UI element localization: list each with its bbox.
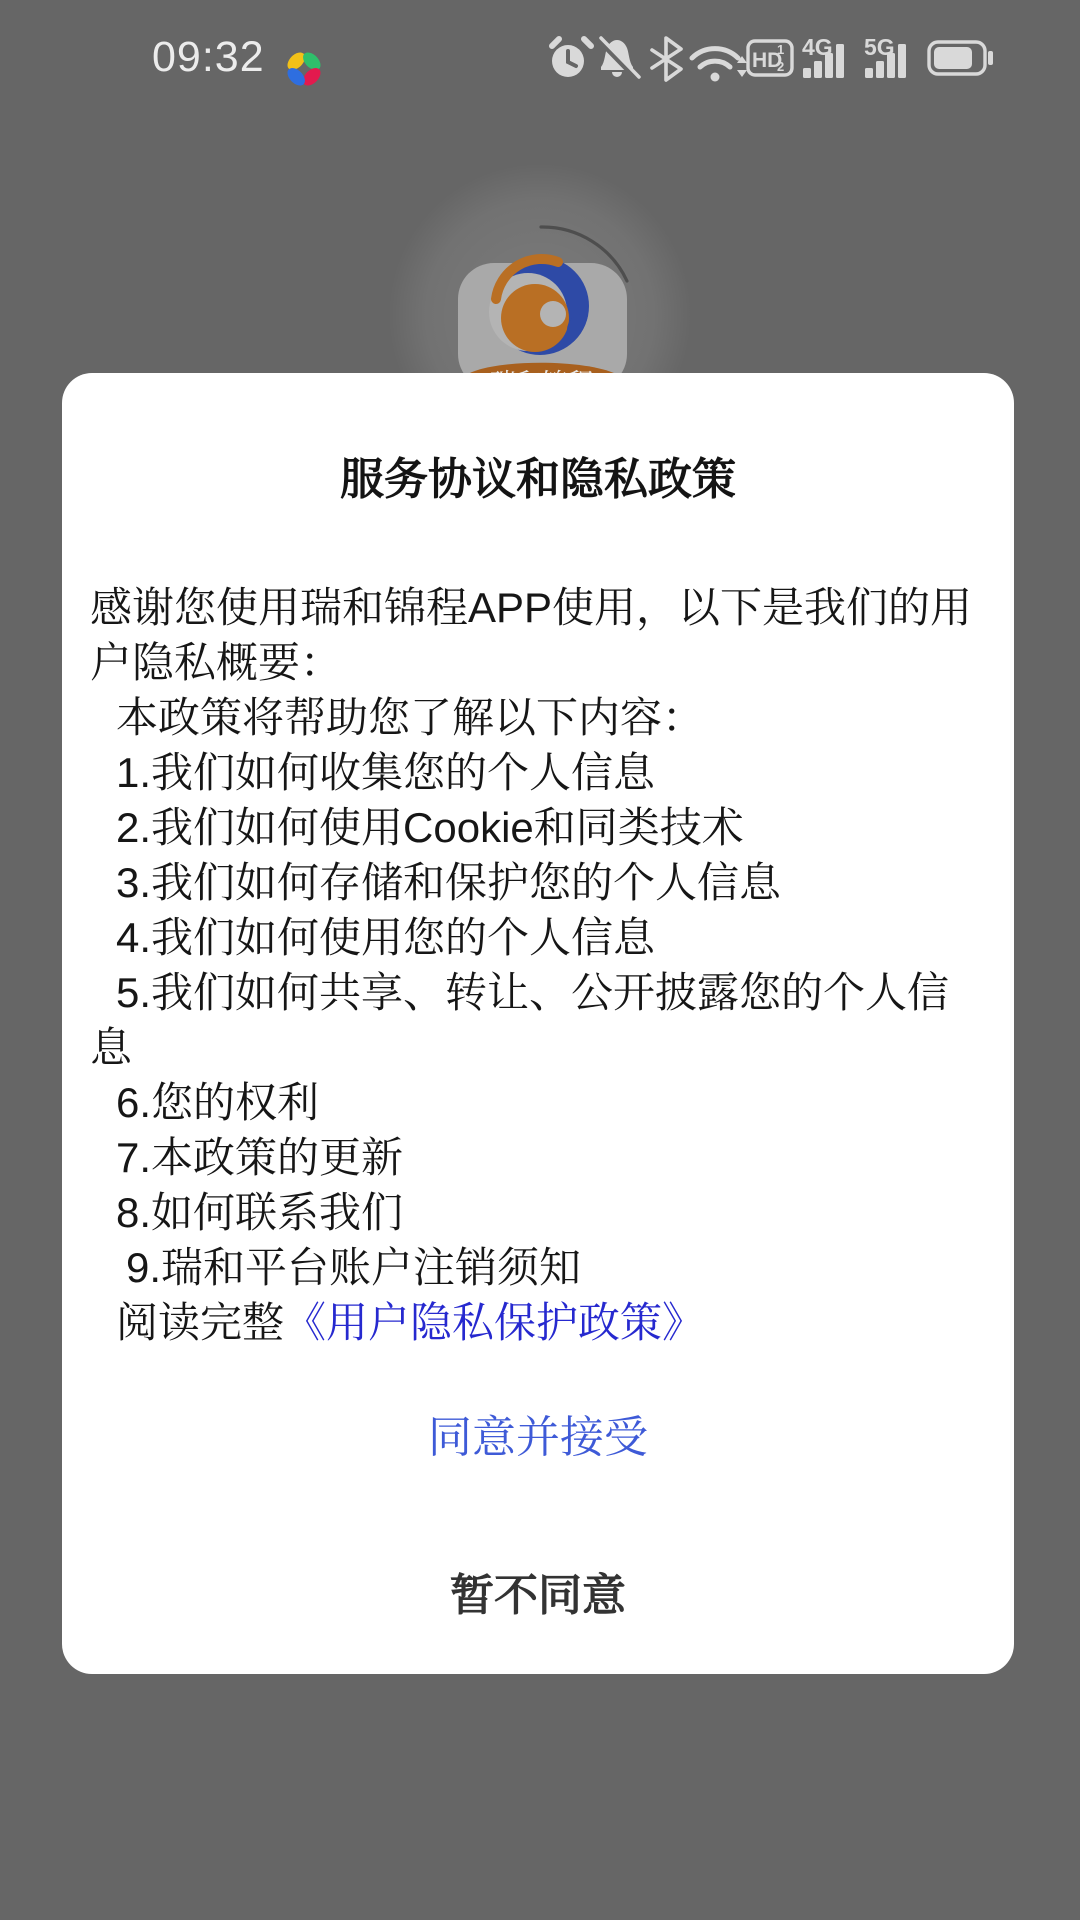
policy-line: 2.我们如何使用Cookie和同类技术	[90, 800, 986, 855]
policy-line: 8.如何联系我们	[90, 1185, 986, 1240]
privacy-policy-link[interactable]: 《用户隐私保护政策》	[284, 1299, 704, 1346]
dialog-title: 服务协议和隐私政策	[62, 443, 1014, 507]
policy-line: 6.您的权利	[90, 1075, 986, 1130]
policy-line: 3.我们如何存储和保护您的个人信息	[90, 855, 986, 910]
alarm-icon	[552, 39, 591, 77]
policy-line: 感谢您使用瑞和锦程APP使用，以下是我们的用	[90, 580, 986, 635]
status-icons: HD 1 2 4G 5G	[540, 30, 1000, 90]
battery-icon	[929, 42, 993, 74]
signal-4g-icon: 4G	[802, 34, 844, 78]
screen: { "status_bar": { "time": "09:32", "hd_l…	[0, 0, 1080, 1920]
status-time: 09:32	[152, 33, 265, 82]
wifi-icon	[692, 49, 747, 82]
splash-app-logo: 瑞和锦程	[330, 140, 750, 390]
policy-line: 户隐私概要：	[90, 635, 986, 690]
policy-line: 7.本政策的更新	[90, 1130, 986, 1185]
privacy-dialog: 服务协议和隐私政策 感谢您使用瑞和锦程APP使用，以下是我们的用 户隐私概要： …	[62, 373, 1014, 1674]
read-full-line: 阅读完整《用户隐私保护政策》	[90, 1295, 986, 1350]
policy-line: 息	[90, 1020, 986, 1075]
notifications-muted-icon	[599, 38, 639, 78]
hd-voice-badge: HD 1 2	[748, 41, 792, 75]
status-bar: 09:32	[0, 0, 1080, 100]
svg-text:1: 1	[777, 42, 784, 57]
policy-line: 本政策将帮助您了解以下内容：	[90, 690, 986, 745]
notification-app-icon	[282, 47, 326, 91]
agree-button[interactable]: 同意并接受	[62, 1410, 1014, 1465]
bluetooth-icon	[652, 38, 681, 80]
read-full-prefix: 阅读完整	[116, 1299, 284, 1346]
svg-text:2: 2	[777, 59, 784, 74]
policy-line: 5.我们如何共享、转让、公开披露您的个人信	[90, 965, 986, 1020]
policy-summary: 感谢您使用瑞和锦程APP使用，以下是我们的用 户隐私概要： 本政策将帮助您了解以…	[62, 580, 1014, 1350]
policy-line: 9.瑞和平台账户注销须知	[90, 1240, 986, 1295]
disagree-button[interactable]: 暂不同意	[62, 1568, 1014, 1623]
signal-5g-icon: 5G	[864, 34, 906, 78]
policy-line: 4.我们如何使用您的个人信息	[90, 910, 986, 965]
policy-line: 1.我们如何收集您的个人信息	[90, 745, 986, 800]
